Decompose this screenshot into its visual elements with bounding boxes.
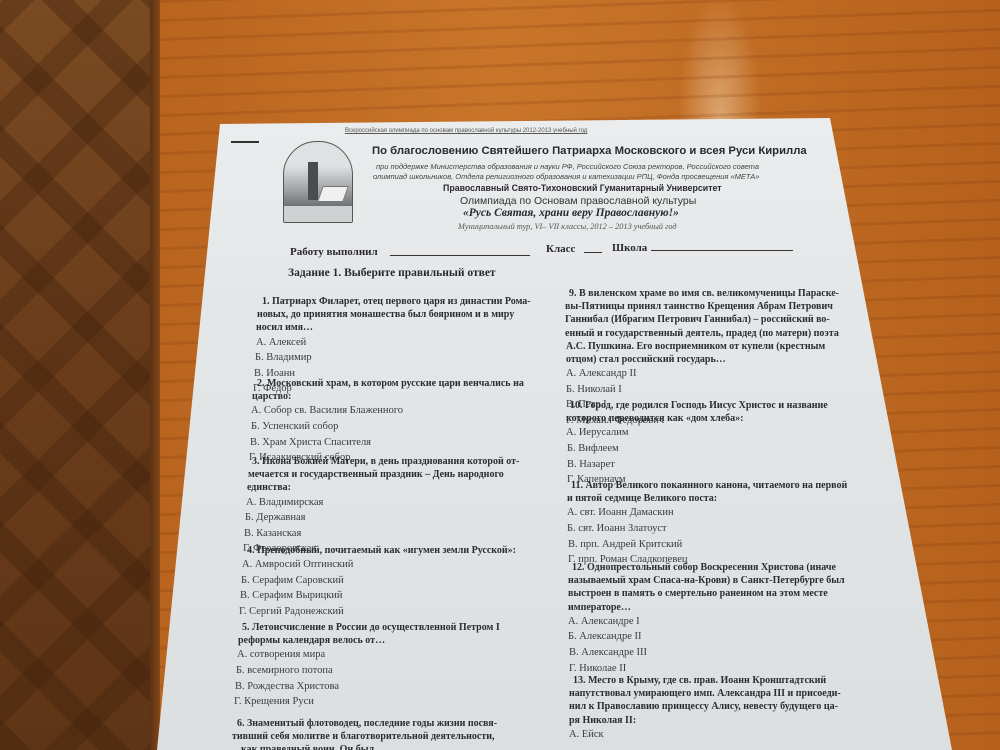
question-text: царство: xyxy=(252,391,291,402)
answer-option[interactable]: А. Ейск xyxy=(569,729,604,740)
support-line-1: при поддержке Министерства образования и… xyxy=(376,162,759,171)
question-text: называемый храм Спаса-на-Крови) в Санкт-… xyxy=(568,575,845,586)
answer-option[interactable]: А. Александре I xyxy=(568,616,640,627)
answer-option[interactable]: А. Александр II xyxy=(566,368,636,379)
logo-church-tower xyxy=(308,162,318,200)
question-text: носил имя… xyxy=(256,322,313,333)
university-name: Православный Свято-Тихоновский Гуманитар… xyxy=(443,183,722,193)
answer-option[interactable]: А. Владимирская xyxy=(246,497,323,508)
question-text: нил к Православию принцессу Алису, невес… xyxy=(569,701,838,712)
question-text: 2. Московский храм, в котором русские ца… xyxy=(257,378,524,389)
answer-option[interactable]: Б. Владимир xyxy=(255,352,312,363)
answer-option[interactable]: Г. Николае II xyxy=(569,663,626,674)
olympiad-logo xyxy=(283,141,353,223)
top-faint-line: Всероссийская олимпиада по основам право… xyxy=(345,128,587,134)
question-text: мечается и государственный праздник – Де… xyxy=(248,469,504,480)
question-text: тивший себя молитве и благотворительной … xyxy=(232,731,495,742)
answer-option[interactable]: Б. Серафим Саровский xyxy=(241,575,344,586)
question-text: 13. Место в Крыму, где св. прав. Иоанн К… xyxy=(573,675,826,686)
question-text: А.С. Пушкина. Его восприемником от купел… xyxy=(566,341,825,352)
question-text: которого переводится как «дом хлеба»: xyxy=(566,413,744,424)
support-line-2: олимпиад школьников, Отдела религиозного… xyxy=(373,172,759,181)
logo-open-book xyxy=(317,186,349,202)
question-text: 4. Преподобный, почитаемый как «игумен з… xyxy=(247,545,516,556)
question-text: ря Николая II: xyxy=(569,715,636,726)
question-text: 10. Город, где родился Господь Иисус Хри… xyxy=(570,400,828,411)
answer-option[interactable]: В. Серафим Вырицкий xyxy=(240,590,343,601)
answer-option[interactable]: В. Казанская xyxy=(244,528,301,539)
answer-option[interactable]: В. Александре III xyxy=(569,647,647,658)
answer-option[interactable]: Б. Николай I xyxy=(566,384,622,395)
question-text: и пятой седмице Великого поста: xyxy=(567,493,717,504)
answer-option[interactable]: Г. Сергий Радонежский xyxy=(239,606,344,617)
answer-option[interactable]: В. Храм Христа Спасителя xyxy=(250,437,371,448)
question-text: …как праведный воин. Он был xyxy=(231,744,374,750)
question-text: 5. Летоисчисление в России до осуществле… xyxy=(242,622,500,633)
school-label: Школа xyxy=(612,242,647,254)
answer-option[interactable]: Б. Александре II xyxy=(568,631,642,642)
question-text: Ганнибал (Ибрагим Петрович Ганнибал) – р… xyxy=(565,314,830,325)
answer-option[interactable]: А. сотворения мира xyxy=(237,649,325,660)
answer-option[interactable]: В. прп. Андрей Критский xyxy=(568,539,682,550)
question-text: 11. Автор Великого покаянного канона, чи… xyxy=(571,480,847,491)
question-text: выстроен в память о смертельно раненном … xyxy=(568,588,828,599)
school-field[interactable] xyxy=(651,250,793,251)
question-text: императоре… xyxy=(568,602,631,613)
task-title: Задание 1. Выберите правильный ответ xyxy=(288,267,496,279)
answer-option[interactable]: В. Назарет xyxy=(567,459,615,470)
answer-option[interactable]: А. Иерусалим xyxy=(566,427,628,438)
done-by-label: Работу выполнил xyxy=(290,246,378,258)
done-by-field[interactable] xyxy=(390,255,530,256)
corner-dash xyxy=(231,141,259,143)
question-text: 12. Однопрестольный собор Воскресения Хр… xyxy=(572,562,836,573)
answer-option[interactable]: Б. Вифлеем xyxy=(567,443,619,454)
question-text: енный и государственный деятель, прадед … xyxy=(565,328,839,339)
answer-option[interactable]: Б. всемирного потопа xyxy=(236,665,333,676)
parquet-floor xyxy=(0,0,175,750)
question-text: 3. Икона Божией Матери, в день празднова… xyxy=(252,456,519,467)
answer-option[interactable]: А. Алексей xyxy=(256,337,306,348)
question-text: 1. Патриарх Филарет, отец первого царя и… xyxy=(262,296,531,307)
answer-option[interactable]: Г. Крещения Руси xyxy=(234,696,314,707)
olympiad-title: Олимпиада по Основам православной культу… xyxy=(460,195,696,207)
answer-option[interactable]: В. Рождества Христова xyxy=(235,681,339,692)
round-info: Муниципальный тур, VI– VII классы, 2012 … xyxy=(458,222,677,231)
question-text: реформы календаря велось от… xyxy=(238,635,385,646)
question-text: вы-Пятницы принял таинство Крещения Абра… xyxy=(565,301,833,312)
answer-option[interactable]: А. свт. Иоанн Дамаскин xyxy=(567,507,674,518)
question-text: отцом) стал российский государь… xyxy=(566,354,726,365)
answer-option[interactable]: Б. свт. Иоанн Златоуст xyxy=(567,523,667,534)
answer-option[interactable]: А. Амвросий Оптинский xyxy=(242,559,353,570)
answer-option[interactable]: А. Собор св. Василия Блаженного xyxy=(251,405,403,416)
question-text: 9. В виленском храме во имя св. великому… xyxy=(569,288,839,299)
class-label: Класс xyxy=(546,243,575,255)
class-field[interactable] xyxy=(584,252,602,253)
question-text: новых, до принятия монашества был боярин… xyxy=(257,309,514,320)
question-text: 6. Знаменитый флотоводец, последние годы… xyxy=(237,718,497,729)
answer-option[interactable]: Б. Успенский собор xyxy=(251,421,338,432)
olympiad-motto: «Русь Святая, храни веру Православную!» xyxy=(463,207,679,219)
answer-option[interactable]: Б. Державная xyxy=(245,512,305,523)
question-text: единства: xyxy=(247,482,291,493)
question-text: напутствовал умирающего имп. Александра … xyxy=(569,688,841,699)
blessing-heading: По благословению Святейшего Патриарха Мо… xyxy=(372,145,807,157)
